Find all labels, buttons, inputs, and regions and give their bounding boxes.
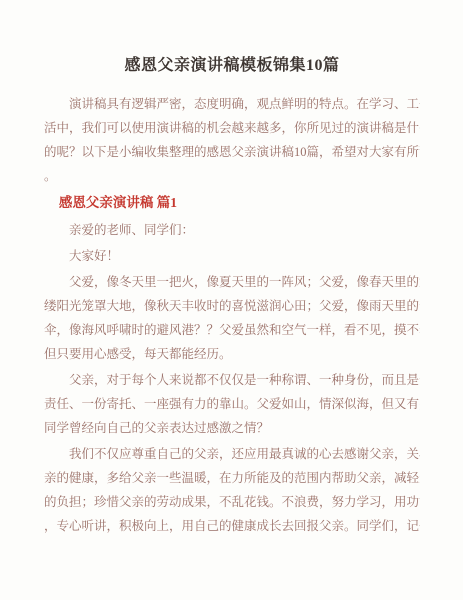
text-line: 大家好！	[44, 244, 420, 268]
text-line: 活中，我们可以使用演讲稿的机会越来越多，你所见过的演讲稿是什么样	[44, 116, 420, 140]
text-line: 的负担；珍惜父亲的劳动成果，不乱花钱。不浪费，努力学习，用功读书	[44, 490, 420, 514]
text-line: 。	[44, 164, 420, 188]
text-line: 但只要用心感受，每天都能经历。	[44, 342, 420, 366]
body-paragraph: 我们不仅应尊重自己的父亲，还应用最真诚的心去感谢父亲，关心父亲的健康，多给父亲一…	[44, 442, 420, 538]
body-paragraph: 父亲，对于每个人来说都不仅仅是一种称谓、一种身份，而且是一种责任、一份寄托、一座…	[44, 368, 420, 440]
intro-paragraph: 演讲稿具有逻辑严密，态度明确，观点鲜明的特点。在学习、工作生活中，我们可以使用演…	[44, 92, 420, 188]
text-line: ，专心听讲，积极向上，用自己的健康成长去回报父亲。同学们，记住父	[44, 514, 420, 538]
text-line: 亲爱的老师、同学们：	[44, 218, 420, 242]
text-line: 伞，像海风呼啸时的避风港？？父爱虽然和空气一样，看不见，摸不着，	[44, 318, 420, 342]
text-line: 缕阳光笼罩大地，像秋天丰收时的喜悦滋润心田；父爱，像雨天里的一把	[44, 294, 420, 318]
document-title: 感恩父亲演讲稿模板锦集10篇	[44, 54, 420, 78]
greeting-paragraph: 大家好！	[44, 244, 420, 268]
text-line: 演讲稿具有逻辑严密，态度明确，观点鲜明的特点。在学习、工作生	[44, 92, 420, 116]
text-line: 同学曾经向自己的父亲表达过感激之情？	[44, 416, 420, 440]
section-heading: 感恩父亲演讲稿 篇1	[44, 191, 420, 215]
text-line: 父亲，对于每个人来说都不仅仅是一种称谓、一种身份，而且是一种	[44, 368, 420, 392]
text-line: 亲的健康，多给父亲一些温暖，在力所能及的范围内帮助父亲，减轻父亲	[44, 466, 420, 490]
text-line: 责任、一份寄托、一座强有力的靠山。父爱如山，情深似海，但又有多少	[44, 392, 420, 416]
text-line: 我们不仅应尊重自己的父亲，还应用最真诚的心去感谢父亲，关心父	[44, 442, 420, 466]
salutation-paragraph: 亲爱的老师、同学们：	[44, 218, 420, 242]
text-line: 父爱，像冬天里一把火，像夏天里的一阵风；父爱，像春天里的第一	[44, 270, 420, 294]
document-page: 感恩父亲演讲稿模板锦集10篇 演讲稿具有逻辑严密，态度明确，观点鲜明的特点。在学…	[0, 0, 463, 600]
body-paragraph: 父爱，像冬天里一把火，像夏天里的一阵风；父爱，像春天里的第一缕阳光笼罩大地，像秋…	[44, 270, 420, 366]
text-line: 的呢？以下是小编收集整理的感恩父亲演讲稿10篇，希望对大家有所帮助	[44, 140, 420, 164]
